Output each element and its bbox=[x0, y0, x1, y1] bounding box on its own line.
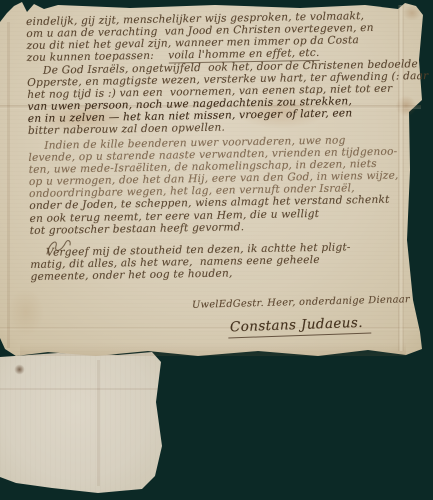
letter-body: eindelijk, gij zijt, menschelijker wijs … bbox=[26, 9, 422, 283]
ink-flourish-icon bbox=[44, 238, 74, 256]
folded-paper-flap bbox=[0, 348, 170, 498]
photograph-stage: eindelijk, gij zijt, menschelijker wijs … bbox=[0, 0, 433, 500]
